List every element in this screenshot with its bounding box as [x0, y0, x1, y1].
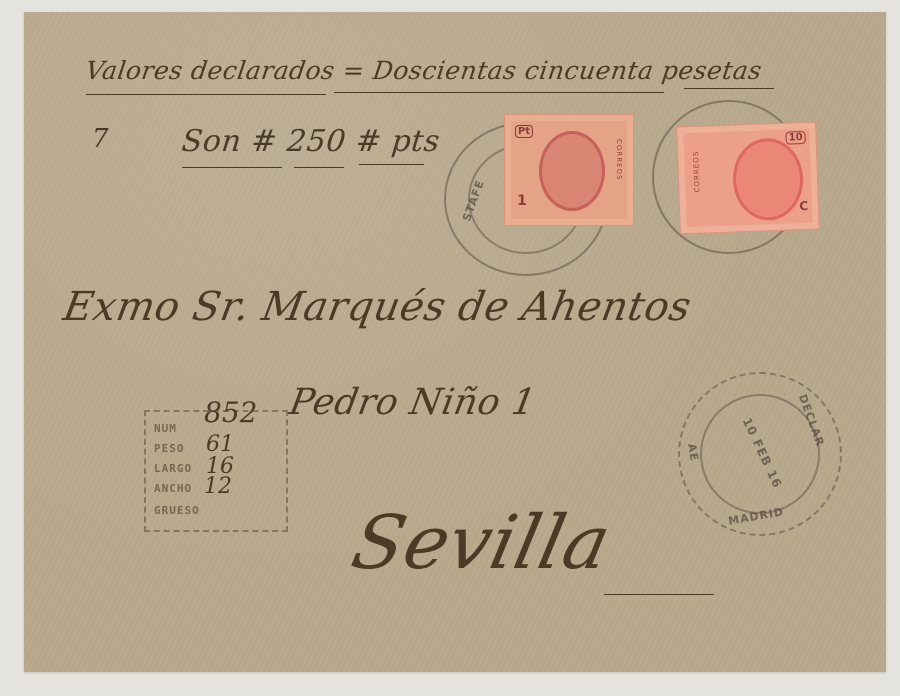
underline — [359, 164, 424, 165]
stamp-1-peseta: Pt 1 CORREOS — [504, 114, 634, 226]
street-text: Pedro Niño 1 — [286, 382, 539, 423]
underline — [334, 92, 664, 93]
declared-value-text: Valores declarados = Doscientas cincuent… — [84, 56, 764, 85]
side-mark: 7 — [92, 124, 109, 154]
postmark-madrid: 10 FEB 16 DECLAR MADRID AE — [678, 372, 842, 536]
underline — [182, 167, 282, 168]
underline — [86, 94, 326, 95]
underline — [604, 594, 714, 595]
city-text: Sevilla — [345, 500, 618, 586]
underline — [294, 167, 344, 168]
stamp-2-10c: 10 C CORREOS — [676, 122, 820, 235]
amount-text: Son # 250 # pts — [180, 124, 441, 159]
registration-box: NUM PESO LARGO ANCHO GRUESO 852 61 16 12 — [144, 410, 288, 532]
underline — [684, 88, 774, 89]
envelope: Valores declarados = Doscientas cincuent… — [24, 12, 886, 672]
addressee-text: Exmo Sr. Marqués de Ahentos — [60, 284, 695, 330]
